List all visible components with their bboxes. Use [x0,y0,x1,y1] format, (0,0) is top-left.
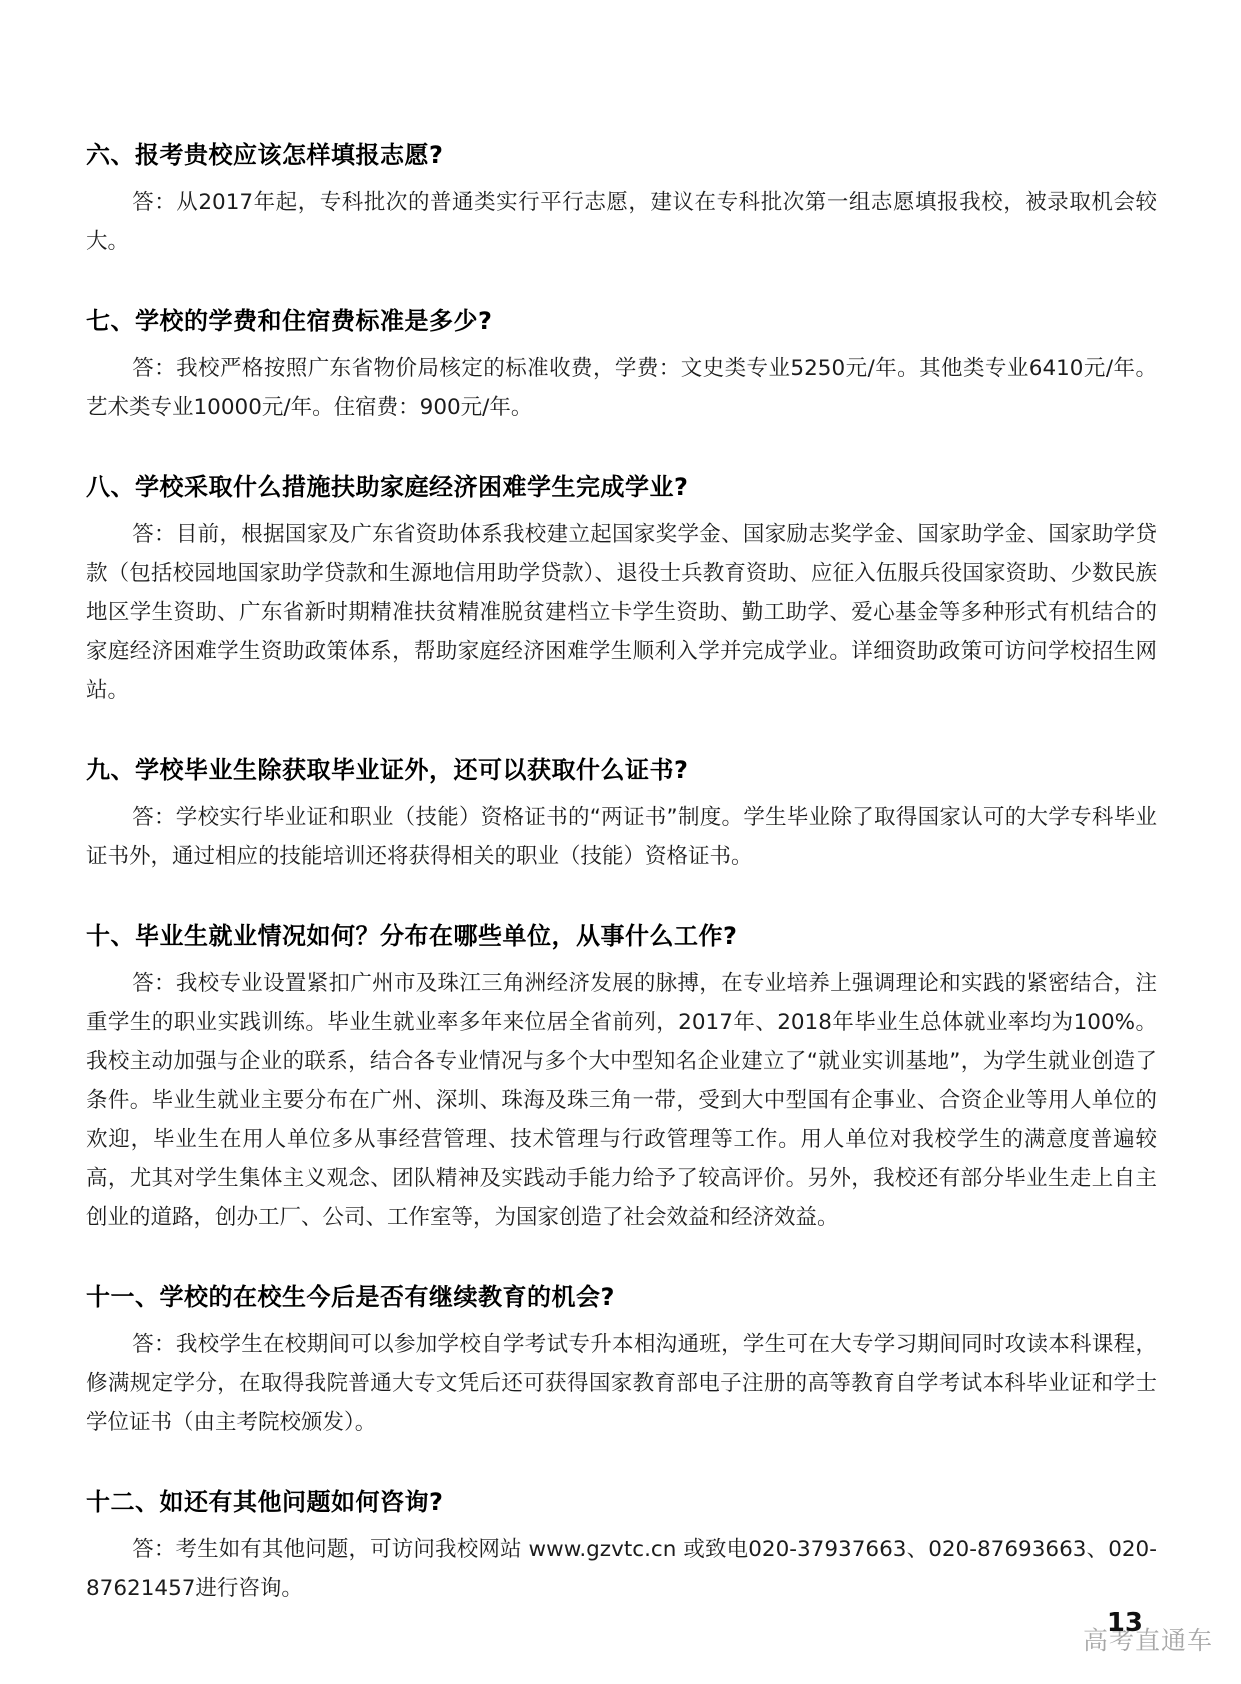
faq-section: 八、学校采取什么措施扶助家庭经济困难学生完成学业? 答：目前，根据国家及广东省资… [86,472,1157,710]
answer-paragraph: 答：考生如有其他问题，可访问我校网站 www.gzvtc.cn 或致电020-3… [86,1530,1157,1608]
answer-paragraph: 答：我校学生在校期间可以参加学校自学考试专升本相沟通班，学生可在大专学习期间同时… [86,1325,1157,1442]
answer-paragraph: 答：我校专业设置紧扣广州市及珠江三角洲经济发展的脉搏，在专业培养上强调理论和实践… [86,964,1157,1237]
question-heading: 七、学校的学费和住宿费标准是多少? [86,306,1157,336]
faq-content: 六、报考贵校应该怎样填报志愿? 答：从2017年起，专科批次的普通类实行平行志愿… [0,0,1241,1608]
answer-paragraph: 答：我校严格按照广东省物价局核定的标准收费，学费：文史类专业5250元/年。其他… [86,349,1157,427]
answer-paragraph: 答：从2017年起，专科批次的普通类实行平行志愿，建议在专科批次第一组志愿填报我… [86,183,1157,261]
faq-section: 七、学校的学费和住宿费标准是多少? 答：我校严格按照广东省物价局核定的标准收费，… [86,306,1157,427]
question-heading: 六、报考贵校应该怎样填报志愿? [86,140,1157,170]
faq-section: 十二、如还有其他问题如何咨询? 答：考生如有其他问题，可访问我校网站 www.g… [86,1487,1157,1608]
question-heading: 九、学校毕业生除获取毕业证外，还可以获取什么证书? [86,755,1157,785]
faq-section: 十一、学校的在校生今后是否有继续教育的机会? 答：我校学生在校期间可以参加学校自… [86,1282,1157,1442]
question-heading: 十二、如还有其他问题如何咨询? [86,1487,1157,1517]
question-heading: 八、学校采取什么措施扶助家庭经济困难学生完成学业? [86,472,1157,502]
page-number: 13 [1107,1608,1143,1638]
question-heading: 十、毕业生就业情况如何？分布在哪些单位，从事什么工作? [86,921,1157,951]
answer-paragraph: 答：目前，根据国家及广东省资助体系我校建立起国家奖学金、国家励志奖学金、国家助学… [86,515,1157,710]
answer-paragraph: 答：学校实行毕业证和职业（技能）资格证书的“两证书”制度。学生毕业除了取得国家认… [86,798,1157,876]
document-page: 六、报考贵校应该怎样填报志愿? 答：从2017年起，专科批次的普通类实行平行志愿… [0,0,1241,1684]
faq-section: 九、学校毕业生除获取毕业证外，还可以获取什么证书? 答：学校实行毕业证和职业（技… [86,755,1157,876]
faq-section: 十、毕业生就业情况如何？分布在哪些单位，从事什么工作? 答：我校专业设置紧扣广州… [86,921,1157,1237]
question-heading: 十一、学校的在校生今后是否有继续教育的机会? [86,1282,1157,1312]
faq-section: 六、报考贵校应该怎样填报志愿? 答：从2017年起，专科批次的普通类实行平行志愿… [86,140,1157,261]
watermark: 高考直通车 [1083,1626,1213,1656]
